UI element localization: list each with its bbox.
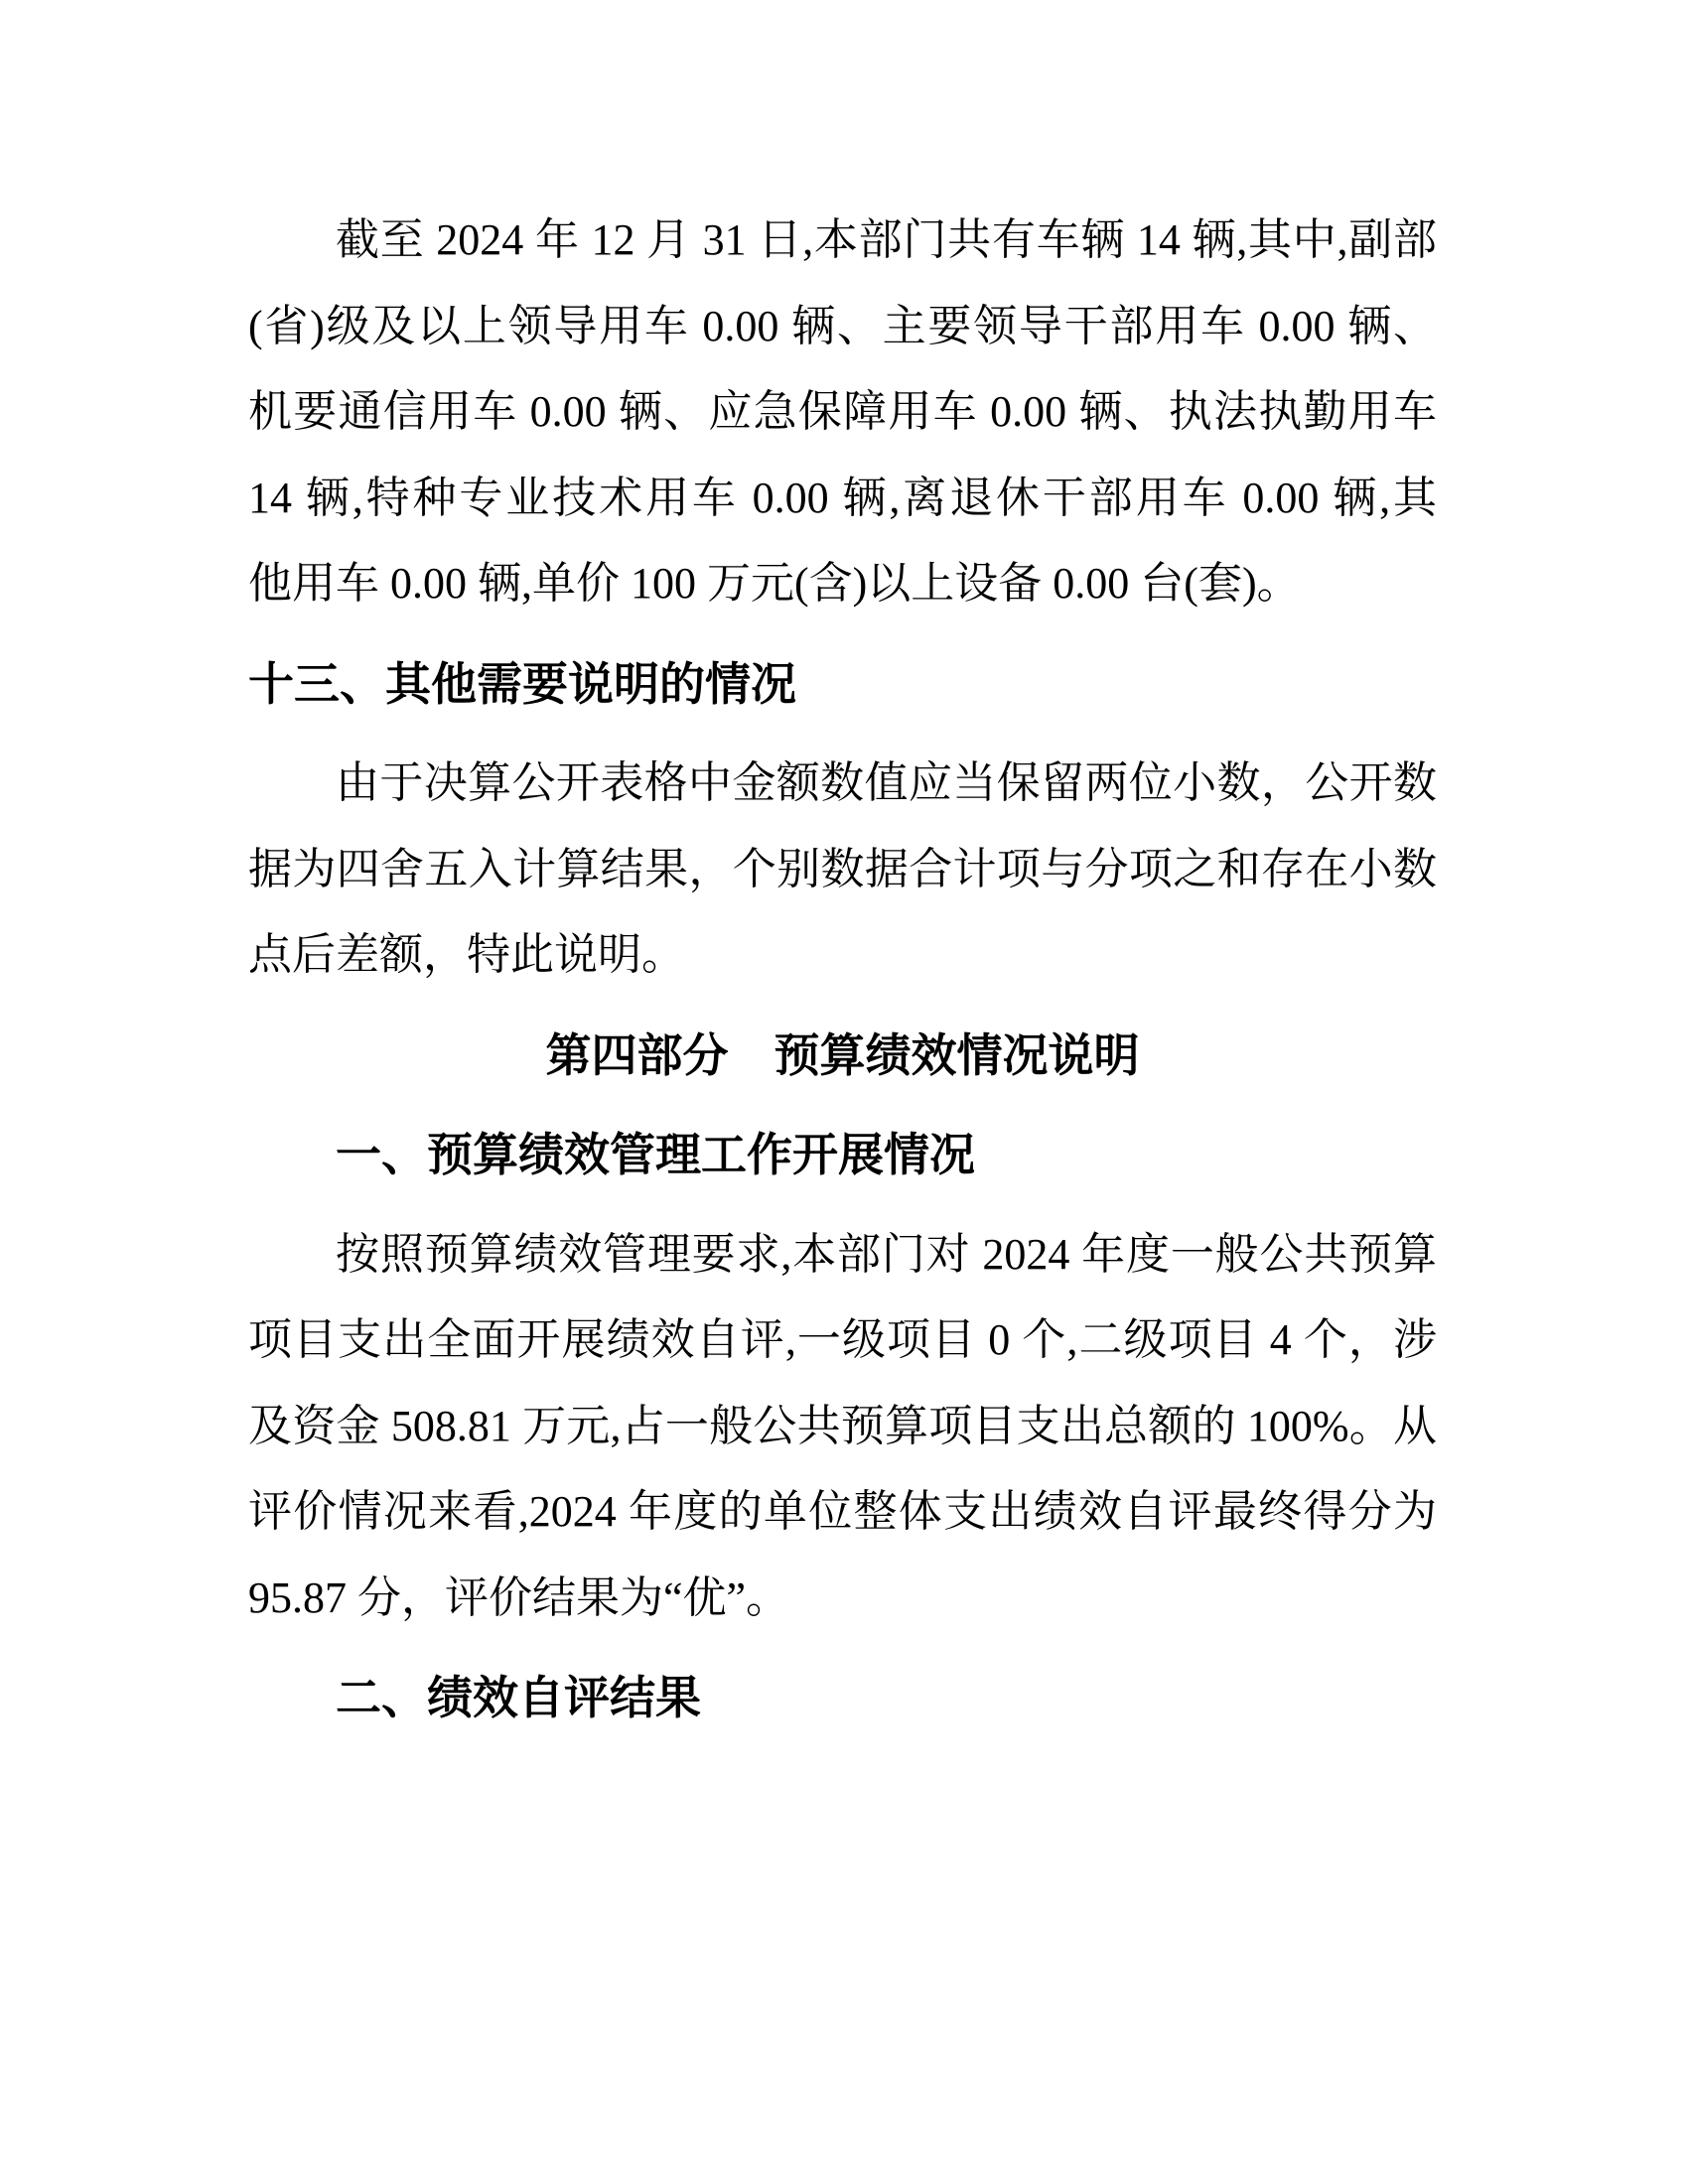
section-heading-performance-management: 一、预算绩效管理工作开展情况 [248, 1112, 1437, 1198]
body-line: (省)级及以上领导用车 0.00 辆、主要领导干部用车 0.00 辆、 [248, 284, 1437, 370]
body-line: 截至 2024 年 12 月 31 日,本部门共有车辆 14 辆,其中,副部 [248, 198, 1437, 284]
paragraph-rounding-note: 由于决算公开表格中金额数值应当保留两位小数，公开数 据为四舍五入计算结果，个别数… [248, 741, 1437, 999]
section-heading-other-notes: 十三、其他需要说明的情况 [248, 641, 1437, 728]
body-line: 及资金 508.81 万元,占一般公共预算项目支出总额的 100%。从 [248, 1384, 1437, 1470]
body-line: 点后差额，特此说明。 [248, 912, 1437, 999]
body-line: 评价情况来看,2024 年度的单位整体支出绩效自评最终得分为 [248, 1469, 1437, 1556]
body-line: 据为四舍五入计算结果，个别数据合计项与分项之和存在小数 [248, 827, 1437, 913]
paragraph-performance: 按照预算绩效管理要求,本部门对 2024 年度一般公共预算 项目支出全面开展绩效… [248, 1212, 1437, 1642]
body-line: 由于决算公开表格中金额数值应当保留两位小数，公开数 [248, 741, 1437, 827]
body-line: 他用车 0.00 辆,单价 100 万元(含)以上设备 0.00 台(套)。 [248, 541, 1437, 627]
body-line: 机要通信用车 0.00 辆、应急保障用车 0.00 辆、执法执勤用车 [248, 369, 1437, 456]
body-line: 14 辆,特种专业技术用车 0.00 辆,离退休干部用车 0.00 辆,其 [248, 456, 1437, 542]
body-line: 按照预算绩效管理要求,本部门对 2024 年度一般公共预算 [248, 1212, 1437, 1298]
part-heading-budget-performance: 第四部分 预算绩效情况说明 [248, 1013, 1437, 1099]
paragraph-vehicles: 截至 2024 年 12 月 31 日,本部门共有车辆 14 辆,其中,副部 (… [248, 198, 1437, 627]
section-heading-self-evaluation-results: 二、绩效自评结果 [248, 1655, 1437, 1741]
body-line: 项目支出全面开展绩效自评,一级项目 0 个,二级项目 4 个，涉 [248, 1297, 1437, 1384]
document-content: 截至 2024 年 12 月 31 日,本部门共有车辆 14 辆,其中,副部 (… [0, 0, 1688, 1741]
body-line: 95.87 分，评价结果为“优”。 [248, 1556, 1437, 1642]
document-page: 截至 2024 年 12 月 31 日,本部门共有车辆 14 辆,其中,副部 (… [0, 0, 1688, 2184]
